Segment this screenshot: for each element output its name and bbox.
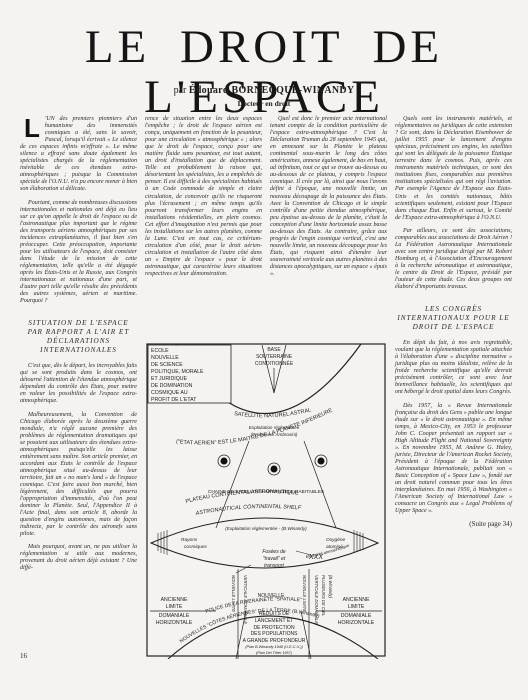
svg-text:(Exploitation réglementée - (B: (Exploitation réglementée - (B.Winandy): [225, 526, 307, 531]
svg-text:Oxygène: Oxygène: [326, 537, 346, 543]
svg-text:BASE: BASE: [267, 347, 281, 353]
svg-text:RÉDUITS DE: RÉDUITS DE: [259, 610, 290, 617]
svg-text:DOMANIALE: DOMANIALE: [159, 613, 190, 619]
svg-text:Rayons: Rayons: [181, 537, 198, 543]
svg-text:A GRANDE PROFONDEUR: A GRANDE PROFONDEUR: [243, 638, 306, 644]
column-2: rence de situation entre les deux espace…: [145, 116, 262, 336]
svg-text:PROFIT DE L'ETAT: PROFIT DE L'ETAT: [151, 397, 197, 403]
satellite-natural-label: SATELLITE NATUREL ASTRAL: [234, 407, 312, 419]
author-name: Édouard BORNECQUE-WINANDY: [189, 85, 355, 96]
base-label: BASE SOUTERRAINE CONDITIONNÉE: [255, 347, 294, 367]
paragraph: En dépit du fait, à nos avis regrettable…: [395, 340, 512, 396]
svg-text:(Plan Del Triter 1957): (Plan Del Triter 1957): [256, 651, 293, 655]
column-3: Quel est donc le premier acte internatio…: [270, 116, 387, 336]
drop-cap: L: [24, 117, 40, 139]
svg-text:ECOLE: ECOLE: [151, 348, 169, 354]
svg-text:POLITIQUE, MORALE: POLITIQUE, MORALE: [151, 369, 204, 375]
svg-text:cosmiques: cosmiques: [184, 544, 208, 550]
svg-text:ET JURIDIQUE: ET JURIDIQUE: [151, 376, 187, 382]
author-degree: Docteur en droit: [0, 99, 528, 108]
satellite-icons: [218, 455, 327, 475]
svg-text:ASTRONAUTICAL CONTINENTAL SHEL: ASTRONAUTICAL CONTINENTAL SHELF: [194, 504, 302, 517]
fusees-label: Fusées de "travail" et transport: [262, 549, 286, 569]
paragraph: C'est que, dès le départ, les incroyable…: [20, 363, 137, 405]
svg-text:DE DOMINATION: DE DOMINATION: [151, 383, 193, 389]
paragraph: Mais pourquoi, avant un, ne pas utiliser…: [20, 544, 137, 572]
svg-text:SOUTERRAINE: SOUTERRAINE: [256, 354, 293, 360]
space-law-diagram: ECOLE NOUVELLE DE SCIENCE POLITIQUE, MOR…: [146, 343, 386, 659]
svg-text:CONDITIONNÉE: CONDITIONNÉE: [255, 360, 294, 367]
svg-text:ANCIENNE: ANCIENNE: [161, 597, 188, 603]
svg-text:NOUVELLE LIMITE: NOUVELLE LIMITE: [302, 575, 307, 612]
paragraph: Dès 1957, la « Revue Internationale fran…: [395, 403, 512, 516]
svg-text:PLUSIEURS DE CIEL: PLUSIEURS DE CIEL: [321, 575, 326, 617]
svg-text:LIMITE: LIMITE: [166, 604, 183, 610]
svg-text:COSMIQUE AU: COSMIQUE AU: [151, 390, 188, 396]
paragraph: Malheureusement, la Convention de Chicag…: [20, 412, 137, 539]
svg-text:transport: transport: [264, 563, 284, 569]
column-4: Quels sont les instruments matériels, et…: [395, 116, 512, 656]
paragraph: Pourtant, comme de nombreuses discussion…: [20, 200, 137, 306]
svg-text:Fusées de: Fusées de: [262, 549, 286, 555]
svg-text:"travail" et: "travail" et: [263, 556, 286, 562]
paragraph: L'UN des premiers pionniers d'un humanis…: [20, 116, 137, 194]
section-heading: SITUATION DE L'ESPACE PAR RAPPORT A L'AI…: [20, 319, 137, 355]
svg-text:DES POPULATIONS: DES POPULATIONS: [251, 631, 299, 637]
paragraph: Quel est donc le premier acte internatio…: [270, 116, 387, 278]
svg-text:DE SCIENCE: DE SCIENCE: [151, 362, 183, 368]
paragraph: Par ailleurs, ce sont des associations, …: [395, 228, 512, 291]
svg-text:ANCIENNE: ANCIENNE: [343, 597, 370, 603]
author-line: par Édouard BORNECQUE-WINANDY: [0, 85, 528, 96]
svg-text:LIMITE: LIMITE: [348, 604, 365, 610]
svg-text:DOMANIALE: DOMANIALE: [341, 613, 372, 619]
svg-text:(B.Winandy): (B.Winandy): [328, 575, 333, 599]
paragraph: rence de situation entre les deux espace…: [145, 116, 262, 278]
continued-note: (Suite page 34): [395, 521, 512, 528]
svg-text:NOUVELLE: NOUVELLE: [151, 355, 179, 361]
svg-text:HORIZONTALE: HORIZONTALE: [338, 620, 375, 626]
old-limit-left: ANCIENNE LIMITE DOMANIALE HORIZONTALE: [156, 597, 193, 626]
hatch-left: [158, 530, 167, 555]
column-1: L'UN des premiers pionniers d'un humanis…: [20, 116, 137, 646]
section-heading: LES CONGRÈS INTERNATIONAUX POUR LE DROIT…: [395, 305, 512, 332]
author-prefix: par: [174, 85, 187, 96]
svg-text:LANCEMENT ET: LANCEMENT ET: [255, 618, 294, 624]
svg-text:(Plan B.Winandy 1948 (U.E.C.U.: (Plan B.Winandy 1948 (U.E.C.U.)): [245, 645, 303, 649]
svg-text:HORIZONTALE: HORIZONTALE: [156, 620, 193, 626]
old-limit-right: ANCIENNE LIMITE DOMANIALE HORIZONTALE: [338, 597, 375, 626]
paragraph: Quels sont les instruments matériels, et…: [395, 116, 512, 222]
page-number: 16: [20, 652, 27, 660]
plateau-fr-label: PLATEAU CONTINENTAL ASTRONAUTIQUE: [185, 489, 299, 505]
